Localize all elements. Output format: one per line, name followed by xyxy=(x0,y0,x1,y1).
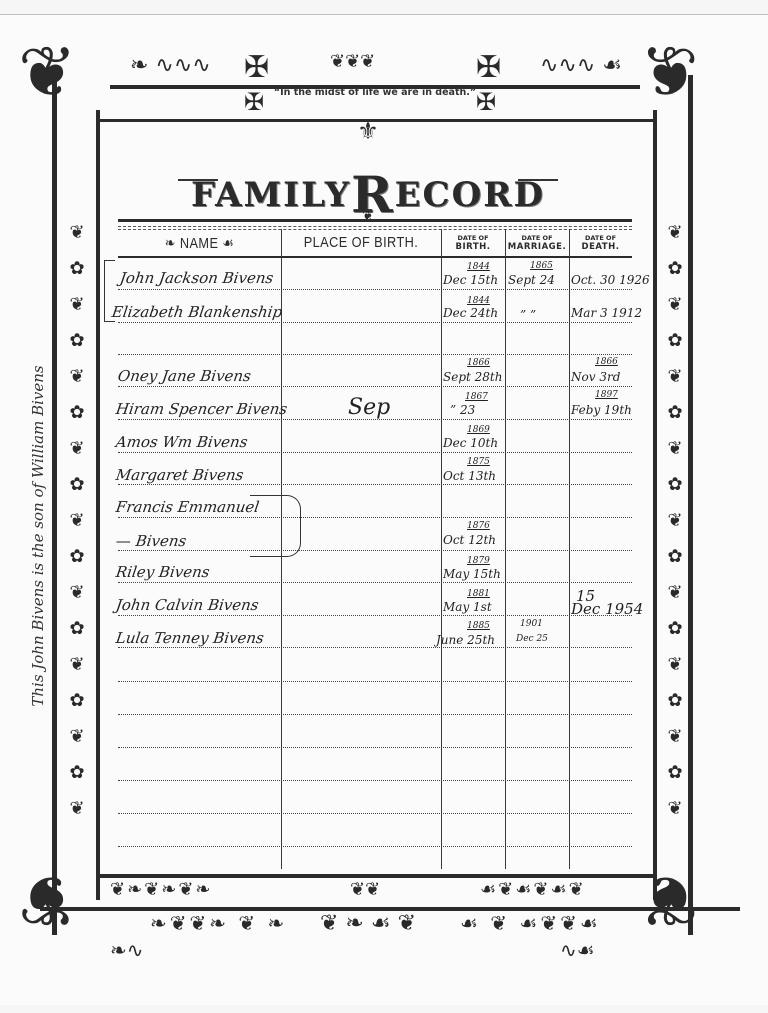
row-line xyxy=(118,813,632,814)
birth-date: Oct 12th xyxy=(443,533,496,547)
row-name: Margaret Bivens xyxy=(115,466,245,484)
scroll-ornament: ❧ ∿∿∿ xyxy=(130,55,211,77)
post-ornament: ❦❦❦ xyxy=(330,53,375,71)
scroll-ornament: ∿∿∿ ☙ xyxy=(540,55,622,77)
death-date: Oct. 30 1926 xyxy=(571,273,650,287)
birth-date: May 1st xyxy=(443,600,492,614)
row-line xyxy=(118,517,632,518)
name-header-text: ❧ NAME ☙ xyxy=(165,234,234,252)
birth-date: Oct 13th xyxy=(443,469,496,483)
frame-right-inner-bar xyxy=(653,110,657,900)
row-name: Riley Bivens xyxy=(115,563,211,581)
post-ornament: ✠ xyxy=(244,90,264,114)
row-line xyxy=(118,747,632,748)
bottom-scroll-ornament: ∿☙ xyxy=(560,940,595,960)
row-name: Lula Tenney Bivens xyxy=(115,629,265,647)
birth-year: 1876 xyxy=(467,521,490,531)
bottom-scroll-ornament: ❦❧❦❧❦❧ xyxy=(110,881,213,899)
corner-flourish-top-left: ❦ xyxy=(18,37,77,107)
birth-date: Dec 15th xyxy=(443,273,498,287)
column-header-birth: DATE OF BIRTH. xyxy=(441,229,505,256)
column-header-place-of-birth: PLACE OF BIRTH. xyxy=(293,229,429,256)
row-line xyxy=(118,484,632,485)
bottom-scroll-ornament: ☙❦☙❦☙❦ xyxy=(480,881,586,899)
flourish-icon: ☙ xyxy=(222,235,234,252)
frame-left-inner-bar xyxy=(96,110,100,900)
title-crest-ornament: ⚜ xyxy=(343,119,393,143)
row-name: Elizabeth Blankenship xyxy=(111,303,284,321)
row-name: John Jackson Bivens xyxy=(119,269,275,287)
frame-left-outer-bar xyxy=(52,75,57,935)
column-divider xyxy=(505,229,506,869)
birth-year: 1869 xyxy=(467,425,490,435)
row-line xyxy=(118,582,632,583)
death-date: Dec 1954 xyxy=(571,600,643,618)
marriage-year: 1865 xyxy=(530,261,553,271)
family-record-title: ⚜ FAMILYRECORD ❦ xyxy=(178,147,558,225)
vine-ornament-right: ❦✿❦✿❦✿❦✿❦✿❦✿❦✿❦✿❦ xyxy=(660,215,690,827)
row-line xyxy=(118,550,632,551)
birth-date: June 25th xyxy=(436,633,495,647)
epigraph-quote: “In the midst of life we are in death.” xyxy=(270,87,480,99)
bottom-scroll-ornament: ❦❦ xyxy=(350,881,380,899)
birth-date: Sept 28th xyxy=(443,370,502,384)
death-date: Nov 3rd xyxy=(571,370,620,384)
row-line xyxy=(118,615,632,616)
table-header: ❧ NAME ☙ PLACE OF BIRTH. DATE OF BIRTH. … xyxy=(118,229,632,258)
birth-year: 1875 xyxy=(467,457,490,467)
death-year: 1897 xyxy=(595,390,618,400)
column-divider xyxy=(441,229,442,869)
row-line xyxy=(118,289,632,290)
marriage-year: 1901 xyxy=(520,619,543,629)
birth-date: Dec 10th xyxy=(443,436,498,450)
death-date: Mar 3 1912 xyxy=(571,306,642,320)
row-line xyxy=(118,322,632,323)
row-line xyxy=(118,681,632,682)
flourish-icon: ❧ xyxy=(165,235,176,252)
row-name: John Calvin Bivens xyxy=(115,596,260,614)
birth-year: 1879 xyxy=(467,556,490,566)
row-name: Hiram Spencer Bivens xyxy=(115,400,289,418)
row-line xyxy=(118,714,632,715)
birth-year: 1867 xyxy=(465,392,488,402)
death-date: Feby 19th xyxy=(571,403,632,417)
table-top-rule xyxy=(118,219,632,222)
place-of-birth: Sep xyxy=(348,395,390,420)
birth-year: 1844 xyxy=(467,296,490,306)
frame-bottom-inner-bar xyxy=(96,874,656,878)
marriage-date: Sept 24 xyxy=(508,273,555,287)
vine-ornament-left: ❦✿❦✿❦✿❦✿❦✿❦✿❦✿❦✿❦ xyxy=(62,215,92,827)
name-bracket xyxy=(250,495,301,557)
birth-year: 1885 xyxy=(467,621,490,631)
row-line xyxy=(118,452,632,453)
bottom-scroll-ornament: ❧❦❦❧ ❦ ❧ xyxy=(150,913,287,933)
birth-date: ” 23 xyxy=(450,403,475,417)
post-ornament: ✠ xyxy=(244,53,269,83)
corner-flourish-bottom-right: ❦ xyxy=(640,865,699,935)
couple-bracket xyxy=(104,260,115,322)
title-word-ecord: ECORD xyxy=(395,175,545,215)
row-line xyxy=(118,846,632,847)
marriage-date: ” ” xyxy=(520,308,536,322)
column-header-death: DATE OF DEATH. xyxy=(569,229,632,256)
birth-year: 1881 xyxy=(467,589,490,599)
column-header-marriage: DATE OF MARRIAGE. xyxy=(505,229,569,256)
column-header-name: ❧ NAME ☙ xyxy=(130,229,269,256)
bottom-scroll-ornament: ❧∿ xyxy=(110,940,144,960)
birth-date: May 15th xyxy=(443,567,501,581)
row-line xyxy=(118,386,632,387)
corner-flourish-top-right: ❦ xyxy=(640,37,699,107)
row-name: Amos Wm Bivens xyxy=(115,433,249,451)
bottom-scroll-ornament: ❦ ❧ ☙ ❦ xyxy=(320,913,416,935)
row-line xyxy=(118,647,632,648)
row-line xyxy=(118,780,632,781)
birth-year: 1844 xyxy=(467,262,490,272)
bottom-scroll-ornament: ☙ ❦ ☙❦❦☙ xyxy=(460,913,601,933)
birth-date: Dec 24th xyxy=(443,306,498,320)
row-name: Francis Emmanuel xyxy=(115,498,261,516)
post-ornament: ✠ xyxy=(476,53,501,83)
title-word-family: FAMILY xyxy=(191,175,351,215)
row-name: Oney Jane Bivens xyxy=(117,367,252,385)
margin-note: This John Bivens is the son of William B… xyxy=(29,186,51,886)
column-divider xyxy=(569,229,570,869)
birth-year: 1866 xyxy=(467,358,490,368)
death-year: 1866 xyxy=(595,357,618,367)
row-name: — Bivens xyxy=(115,532,188,550)
family-record-page: ❦ ❦ ❦ ❦ ❧ ∿∿∿ ∿∿∿ ☙ ✠ ✠ ❦❦❦ ✠ ✠ ❦✿❦✿❦✿❦✿… xyxy=(0,14,768,1005)
marriage-date: Dec 25 xyxy=(516,634,548,644)
table-top-rule-thin xyxy=(118,226,632,227)
row-line xyxy=(118,354,632,355)
